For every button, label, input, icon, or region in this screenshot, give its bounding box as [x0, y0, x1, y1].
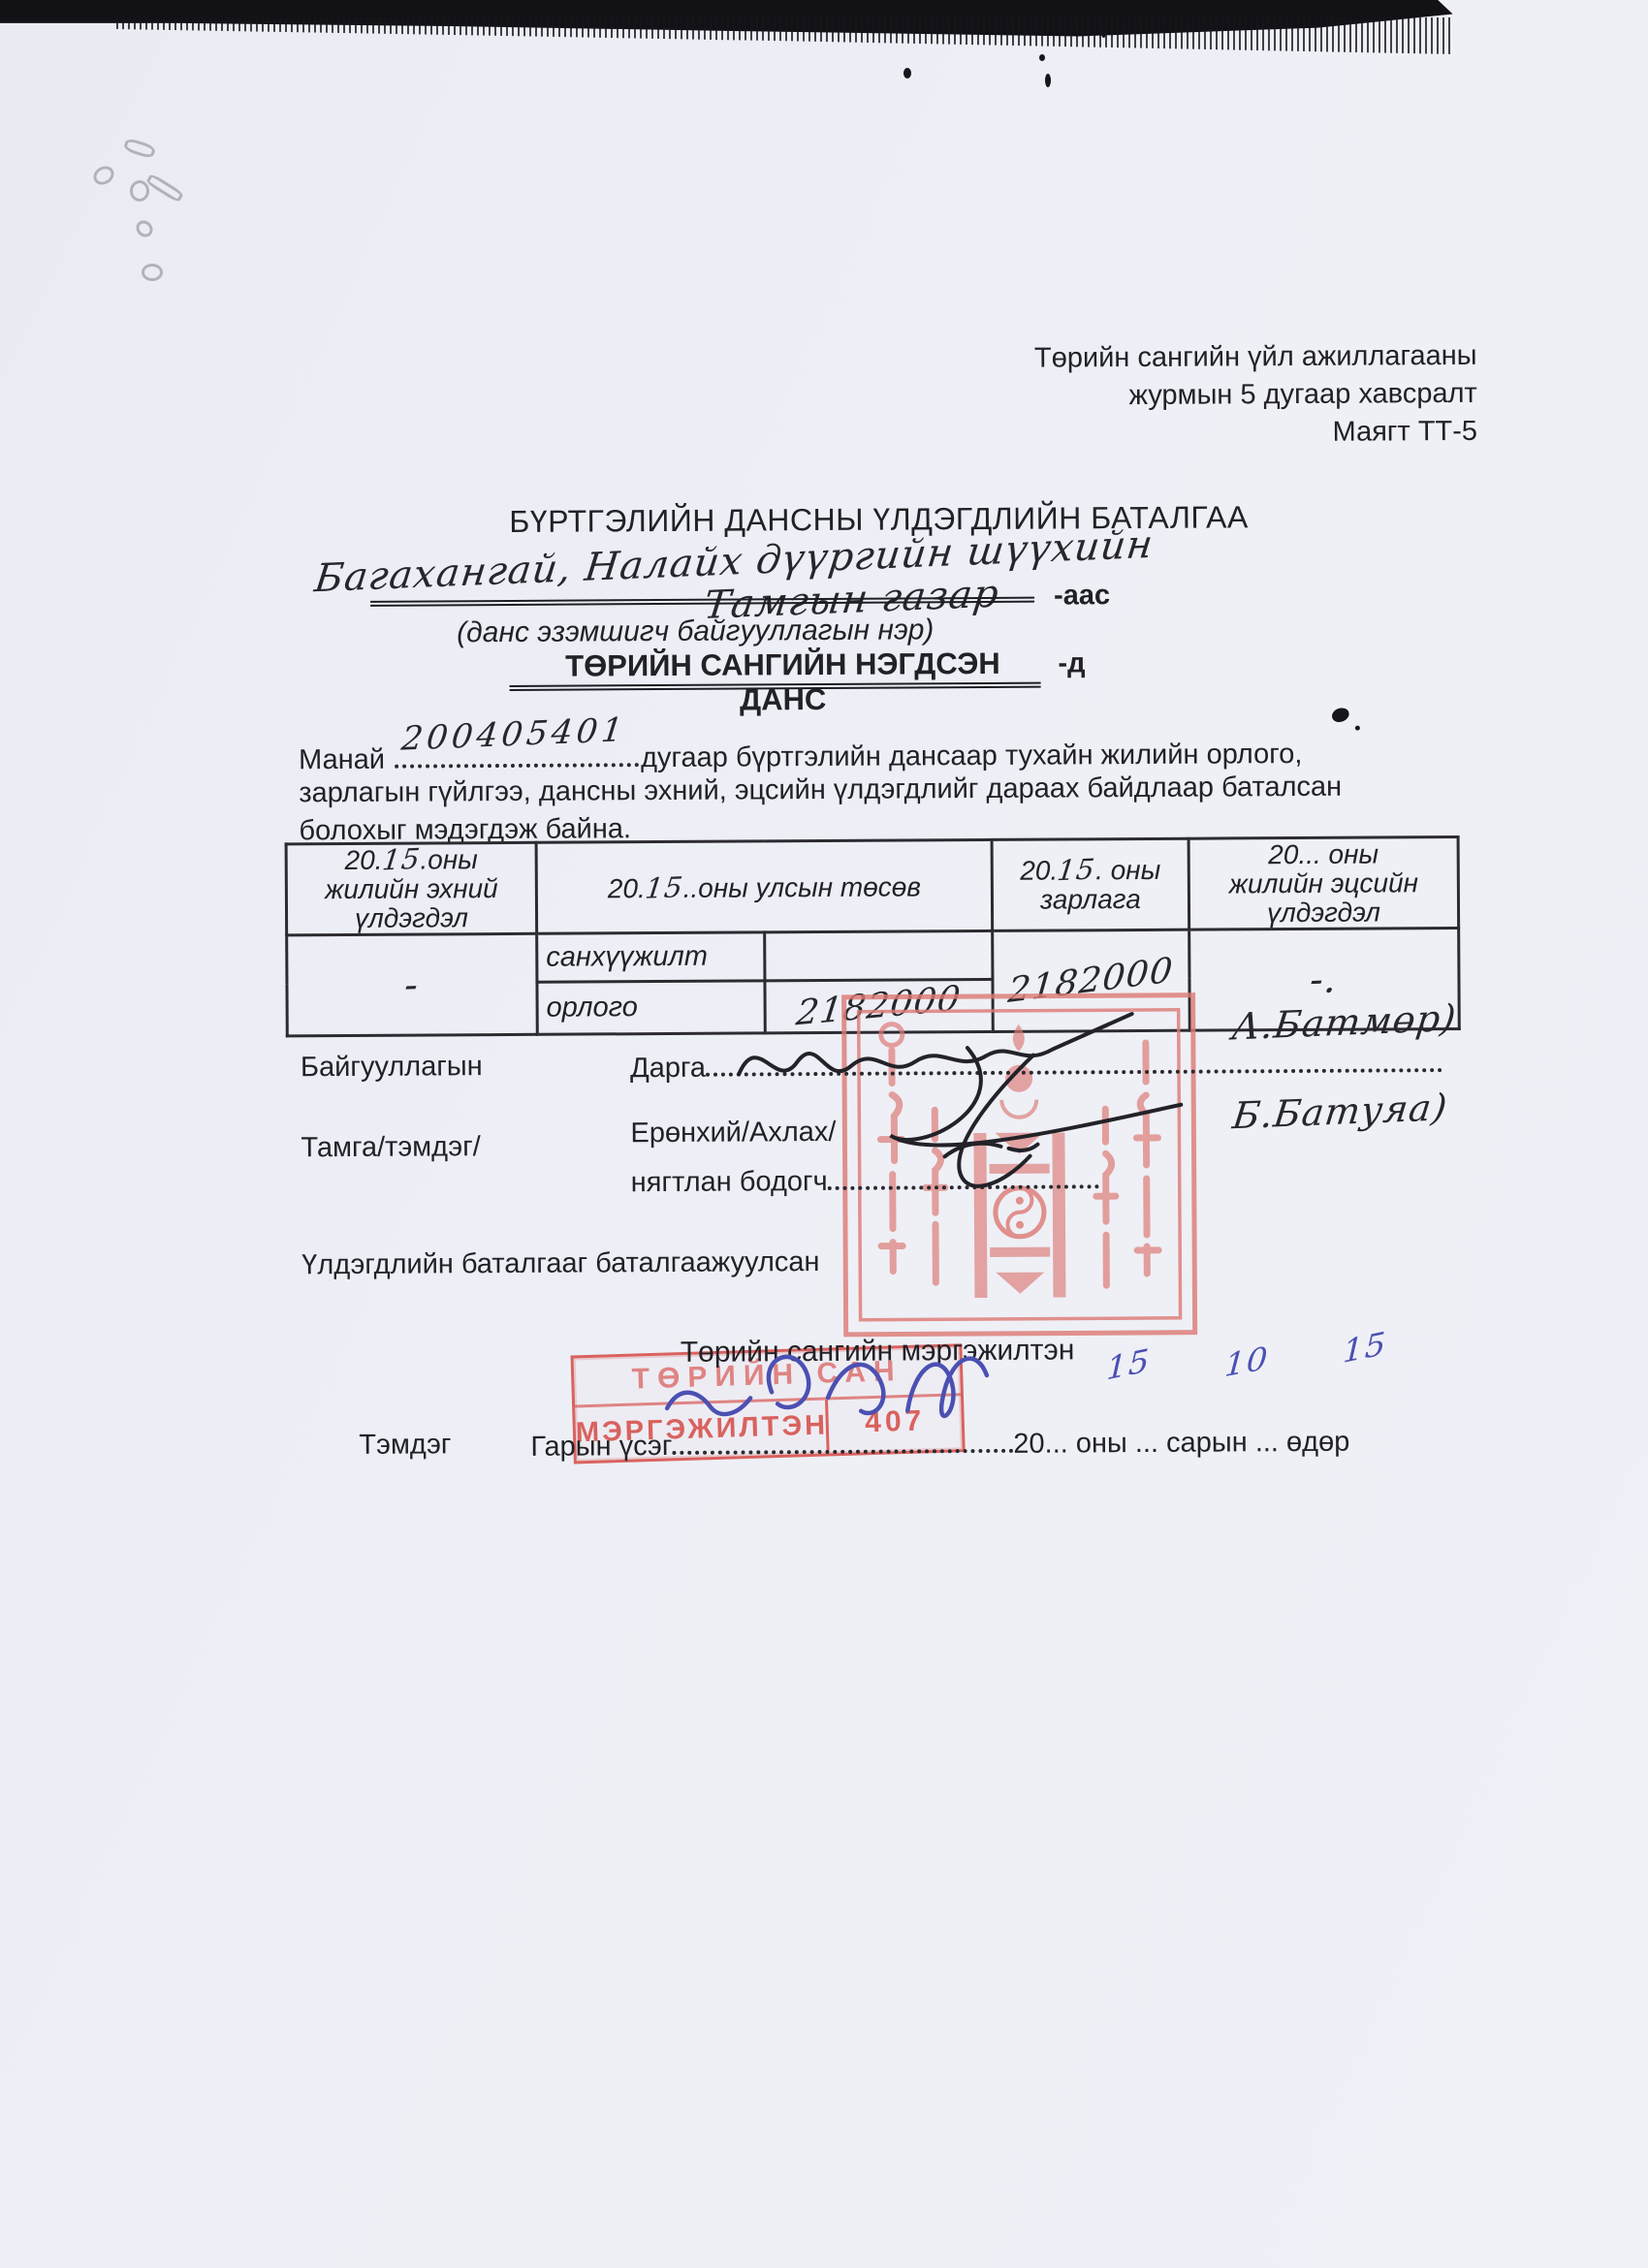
date-year-handwritten: 15 — [1106, 1341, 1151, 1388]
confirmed-by-text: Үлдэгдлийн баталгааг баталгаажуулсан — [301, 1246, 819, 1281]
date-month-handwritten: 10 — [1223, 1339, 1270, 1384]
specialist-signature-blue — [657, 1328, 1104, 1437]
signature-label: Гарын үсэг — [530, 1431, 672, 1463]
cell-financing-label: санхүүжилт — [537, 932, 765, 982]
cell-beginning-balance: - — [287, 933, 538, 1036]
header-ending-balance: 20... оны жилийн эцсийн үлдэгдэл — [1188, 837, 1459, 930]
corner-note-line3: Маягт ТТ-5 — [1034, 413, 1477, 454]
director-name-handwritten: А.Батмөр) — [1230, 996, 1459, 1048]
account-number-handwritten: 200405401 — [399, 710, 628, 758]
intro-line1-rest: дугаар бүртгэлийн дансаар тухайн жилийн … — [641, 739, 1302, 773]
year-handwritten: 15 — [1056, 855, 1097, 886]
corner-note: Төрийн сангийн үйл ажиллагааны журмын 5 … — [1034, 337, 1477, 454]
accountant-signature — [888, 1043, 1112, 1199]
from-suffix: -аас — [1054, 580, 1110, 612]
year-handwritten: 15 — [381, 844, 423, 875]
account-owner-caption: (данс эзэмшигч байгууллагын нэр) — [404, 614, 986, 650]
ink-blob-small — [1355, 726, 1360, 731]
ink-blob — [1330, 706, 1351, 724]
to-suffix: -д — [1058, 647, 1085, 679]
header-beginning-balance: 20.15.оны жилийн эхний үлдэгдэл — [286, 842, 537, 935]
intro-line2: зарлагын гүйлгээ, дансны эхний, эцсийн ү… — [299, 772, 1342, 810]
org-label: Байгууллагын — [301, 1051, 483, 1084]
header-state-budget: 20.15..оны улсын төсөв — [536, 839, 993, 933]
cell-financing-value — [764, 930, 993, 980]
header-expense: 20.15. оны зарлага — [992, 838, 1189, 930]
intro-prefix: Манай — [299, 744, 385, 776]
intro-line1: Манай 200405401 дугаар бүртгэлийн дансаа… — [299, 734, 1303, 776]
stamp-label: Тамга/тэмдэг/ — [301, 1131, 481, 1164]
seal-label: Тэмдэг — [359, 1429, 451, 1462]
accountant-name-handwritten: Б.Батуяа) — [1230, 1086, 1450, 1137]
director-label: Дарга — [630, 1053, 706, 1084]
year-handwritten: 15 — [644, 870, 685, 905]
scanned-form-page: Төрийн сангийн үйл ажиллагааны журмын 5 … — [0, 0, 1648, 2268]
date-day-handwritten: 15 — [1343, 1324, 1387, 1370]
account-number-dotted-line: 200405401 — [395, 738, 639, 769]
corner-note-line1: Төрийн сангийн үйл ажиллагааны — [1034, 337, 1477, 378]
corner-note-line2: журмын 5 дугаар хавсралт — [1034, 375, 1477, 416]
